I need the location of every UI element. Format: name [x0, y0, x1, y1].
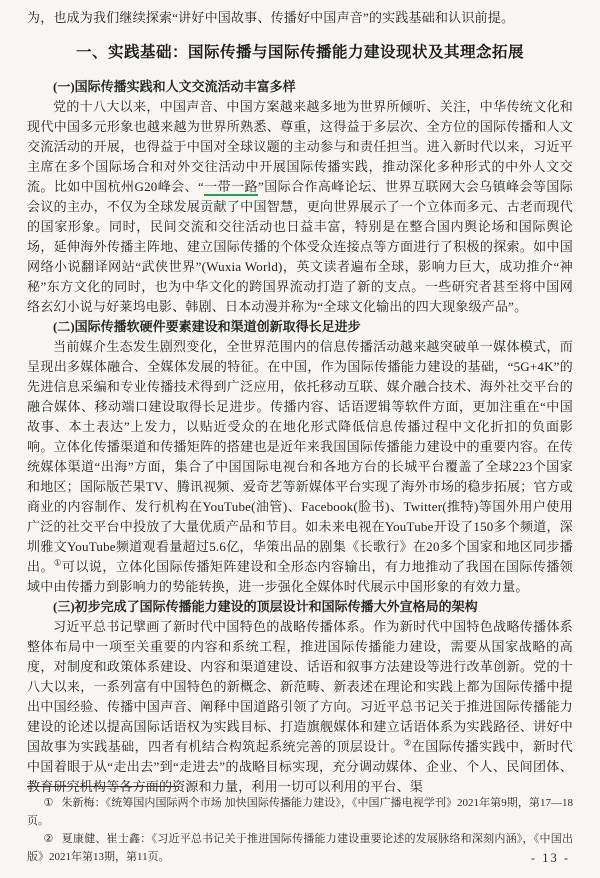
footnote-ref-1: ①	[54, 558, 62, 568]
paragraph-2: 当前媒介生态发生剧烈变化，全世界范围内的信息传播活动越来越突破单一媒体模式，而呈…	[27, 337, 573, 597]
footnote-separator	[27, 786, 179, 787]
footnote-ref-2: ②	[404, 738, 412, 748]
subsection-heading-2: (二)国际传播软硬件要素建设和渠道创新取得长足进步	[27, 317, 573, 337]
text-segment: 习近平总书记擘画了新时代中国特色的战略传播体系。作为新时代中国特色战略传播体系整…	[27, 619, 573, 754]
footnote-1: ①朱新梅：《统筹国内国际两个市场 加快国际传播能力建设》，《中国广播电视学刊》2…	[27, 794, 573, 830]
footnote-block: ①朱新梅：《统筹国内国际两个市场 加快国际传播能力建设》，《中国广播电视学刊》2…	[27, 786, 573, 866]
belt-and-road-link[interactable]: 一带一路	[204, 179, 258, 194]
footnote-2: ②夏康健、崔士鑫：《习近平总书记关于推进国际传播能力建设重要论述的发展脉络和深刻…	[27, 830, 573, 866]
paragraph-3: 习近平总书记擘画了新时代中国特色的战略传播体系。作为新时代中国特色战略传播体系整…	[27, 617, 573, 797]
paragraph-1: 党的十八大以来，中国声音、中国方案越来越多地为世界所倾听、关注，中华传统文化和现…	[27, 97, 573, 317]
subsection-heading-3: (三)初步完成了国际传播能力建设的顶层设计和国际传播大外宣格局的架构	[27, 597, 573, 617]
text-segment: 可以说，立体化国际传播矩阵建设和全形态内容输出，有力地推动了我国在国际传播领域中…	[27, 559, 573, 594]
text-segment: ”国际合作高峰论坛、世界互联网大会乌镇峰会等国际会议的主办，不仅为全球发展贡献了…	[27, 179, 573, 314]
text-segment: 当前媒介生态发生剧烈变化，全世界范围内的信息传播活动越来越突破单一媒体模式，而呈…	[27, 339, 573, 574]
subsection-heading-1: (一)国际传播实践和人文交流活动丰富多样	[27, 77, 573, 97]
page-number: - 13 -	[531, 851, 570, 866]
section-heading: 一、实践基础：国际传播与国际传播能力建设现状及其理念拓展	[27, 43, 573, 63]
footnote-1-marker: ①	[44, 797, 54, 809]
intro-continuation-paragraph: 为，也成为我们继续探索“讲好中国故事、传播好中国声音”的实践基础和认识前提。	[27, 8, 573, 28]
footnote-2-text: 夏康健、崔士鑫：《习近平总书记关于推进国际传播能力建设重要论述的发展脉络和深刻内…	[27, 833, 573, 863]
document-page: 为，也成为我们继续探索“讲好中国故事、传播好中国声音”的实践基础和认识前提。 一…	[0, 0, 600, 878]
footnote-2-marker: ②	[44, 833, 54, 845]
footnote-1-text: 朱新梅：《统筹国内国际两个市场 加快国际传播能力建设》，《中国广播电视学刊》20…	[27, 797, 573, 827]
